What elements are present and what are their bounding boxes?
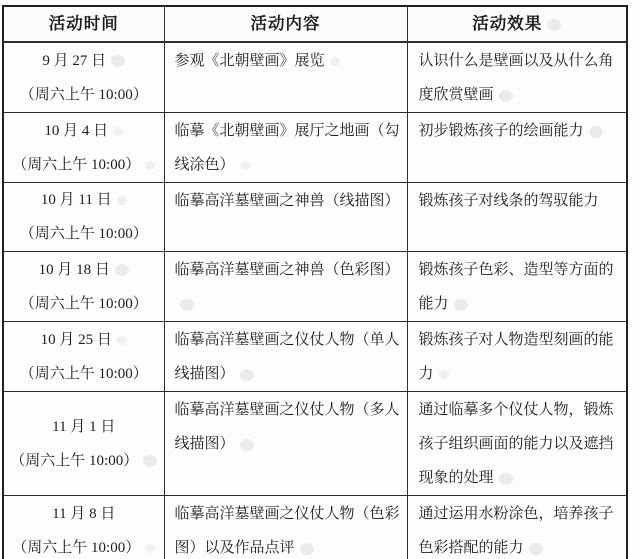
cell-content: 临摹高洋墓壁画之仪仗人物（单人线描图） (164, 322, 407, 392)
smudge-mark (529, 543, 543, 555)
smudge-mark (499, 473, 513, 485)
smudge-mark (454, 299, 468, 311)
table-row: 11 月 1 日 （周六上午 10:00） 临摹高洋墓壁画之仪仗人物（多人线描图… (3, 392, 627, 496)
smudge-mark (145, 544, 155, 553)
activity-date: 10 月 4 日 (8, 114, 160, 148)
smudge-mark (180, 299, 194, 311)
cell-effect: 锻炼孩子对人物造型刻画的能力 (407, 322, 627, 392)
table-row: 10 月 18 日 （周六上午 10:00） 临摹高洋墓壁画之神兽（色彩图） 锻… (3, 252, 627, 322)
cell-time: 10 月 18 日 （周六上午 10:00） (3, 252, 164, 322)
cell-content: 临摹高洋墓壁画之仪仗人物（多人线描图） (164, 392, 407, 496)
table-row: 10 月 4 日 （周六上午 10:00） 临摹《北朝壁画》展厅之地画（勾线涂色… (3, 113, 627, 183)
smudge-mark (240, 439, 254, 451)
cell-effect: 锻炼孩子色彩、造型等方面的能力 (407, 252, 627, 322)
column-header-time: 活动时间 (3, 6, 164, 42)
smudge-mark (117, 336, 127, 345)
activity-hour: （周六上午 10:00） (8, 78, 160, 112)
cell-content: 临摹高洋墓壁画之神兽（色彩图） (164, 252, 407, 322)
cell-time: 11 月 8 日 （周六上午 10:00） (3, 496, 164, 559)
cell-time: 9 月 27 日 （周六上午 10:00） (3, 42, 164, 113)
smudge-mark (117, 196, 127, 205)
activity-date: 9 月 27 日 (8, 44, 160, 78)
cell-effect: 通过运用水粉涂色，培养孩子色彩搭配的能力 (407, 496, 627, 559)
smudge-mark (547, 19, 561, 31)
activity-hour: （周六上午 10:00） (8, 444, 160, 478)
activity-hour: （周六上午 10:00） (8, 287, 160, 321)
cell-time: 10 月 25 日 （周六上午 10:00） (3, 322, 164, 392)
activity-hour: （周六上午 10:00） (8, 531, 160, 559)
smudge-mark (145, 161, 155, 170)
smudge-mark (300, 543, 314, 555)
cell-content: 临摹《北朝壁画》展厅之地画（勾线涂色） (164, 113, 407, 183)
smudge-mark (499, 90, 513, 102)
activity-date: 10 月 18 日 (8, 253, 160, 287)
activity-schedule-table: 活动时间 活动内容 活动效果 9 月 27 日 （周六上午 10:00） 参观《… (2, 5, 628, 559)
cell-content: 临摹高洋墓壁画之神兽（线描图） (164, 183, 407, 252)
smudge-mark (113, 127, 123, 136)
cell-effect: 认识什么是壁画以及从什么角度欣赏壁画 (407, 42, 627, 113)
activity-hour: （周六上午 10:00） (8, 357, 160, 391)
smudge-mark (143, 455, 157, 467)
table-row: 10 月 11 日 （周六上午 10:00） 临摹高洋墓壁画之神兽（线描图） 锻… (3, 183, 627, 252)
smudge-mark (115, 264, 129, 276)
cell-time: 10 月 11 日 （周六上午 10:00） (3, 183, 164, 252)
header-row: 活动时间 活动内容 活动效果 (3, 6, 627, 42)
activity-hour: （周六上午 10:00） (8, 148, 160, 182)
cell-effect: 初步锻炼孩子的绘画能力 (407, 113, 627, 183)
cell-content: 参观《北朝壁画》展览 (164, 42, 407, 113)
cell-content: 临摹高洋墓壁画之仪仗人物（色彩图）以及作品点评 (164, 496, 407, 559)
activity-date: 11 月 1 日 (8, 410, 160, 444)
smudge-mark (589, 126, 603, 138)
cell-time: 11 月 1 日 （周六上午 10:00） (3, 392, 164, 496)
cell-effect: 通过临摹多个仪仗人物，锻炼孩子组织画面的能力以及遮挡现象的处理 (407, 392, 627, 496)
activity-date: 10 月 11 日 (8, 183, 160, 217)
table-row: 9 月 27 日 （周六上午 10:00） 参观《北朝壁画》展览 认识什么是壁画… (3, 42, 627, 113)
column-header-effect: 活动效果 (407, 6, 627, 42)
activity-date: 11 月 8 日 (8, 497, 160, 531)
cell-effect: 锻炼孩子对线条的驾驭能力 (407, 183, 627, 252)
smudge-mark (240, 161, 250, 170)
smudge-mark (330, 57, 340, 66)
activity-hour: （周六上午 10:00） (8, 217, 160, 251)
column-header-content: 活动内容 (164, 6, 407, 42)
document-page: 活动时间 活动内容 活动效果 9 月 27 日 （周六上午 10:00） 参观《… (0, 0, 640, 559)
smudge-mark (439, 370, 449, 379)
smudge-mark (111, 55, 125, 67)
table-row: 10 月 25 日 （周六上午 10:00） 临摹高洋墓壁画之仪仗人物（单人线描… (3, 322, 627, 392)
smudge-mark (240, 369, 254, 381)
table-row: 11 月 8 日 （周六上午 10:00） 临摹高洋墓壁画之仪仗人物（色彩图）以… (3, 496, 627, 559)
cell-time: 10 月 4 日 （周六上午 10:00） (3, 113, 164, 183)
activity-date: 10 月 25 日 (8, 323, 160, 357)
